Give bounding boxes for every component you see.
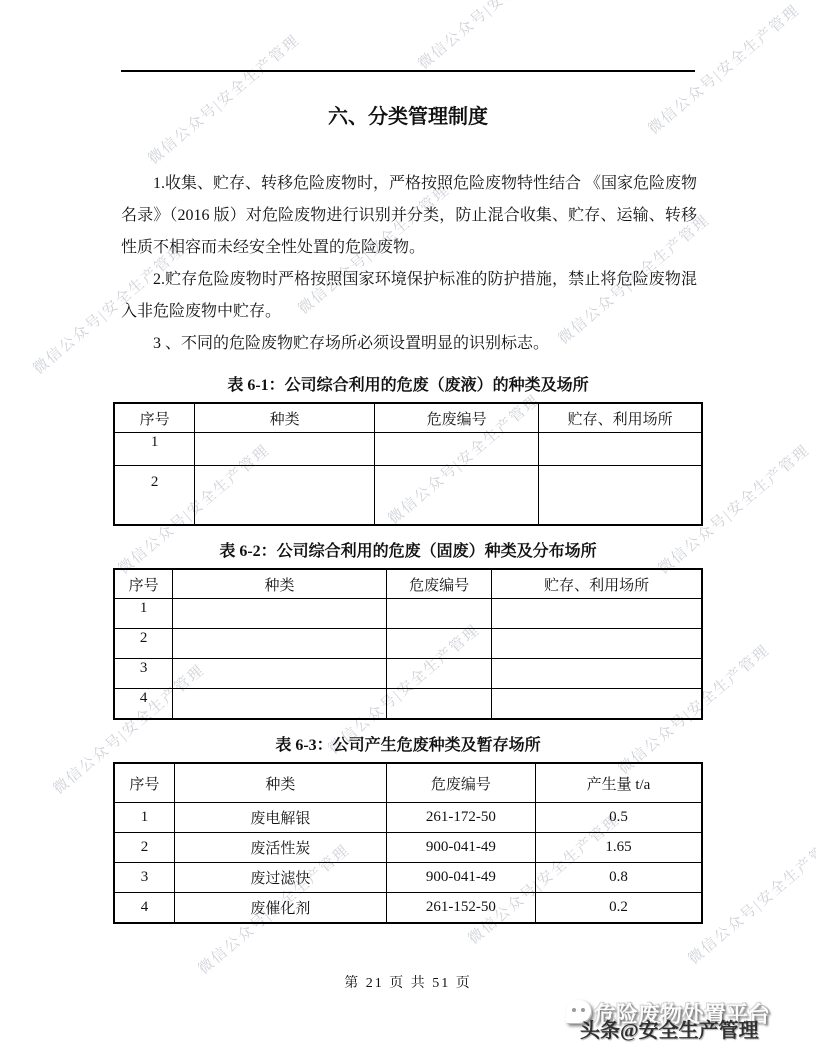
table-cell: [195, 433, 375, 466]
table-cell: [374, 433, 538, 466]
table-cell: [386, 659, 491, 689]
table-header-cell: 种类: [173, 569, 387, 599]
table-cell: [173, 629, 387, 659]
table-header-cell: 危废编号: [374, 403, 538, 433]
table-cell: [492, 659, 702, 689]
table-cell: 3: [114, 863, 174, 893]
table-cell: [492, 599, 702, 629]
table-cell: [492, 689, 702, 720]
table-cell: [386, 629, 491, 659]
table-header-cell: 序号: [114, 403, 195, 433]
table-row: 3: [114, 659, 702, 689]
table-cell: [173, 689, 387, 720]
table-row: 2废活性炭900-041-491.65: [114, 833, 702, 863]
table-6-2-caption: 表 6-2：公司综合利用的危废（固废）种类及分布场所: [113, 538, 703, 561]
table-cell: 2: [114, 466, 195, 526]
watermark-text: 微信公众号|安全生产管理: [413, 0, 574, 74]
table-header-cell: 危废编号: [386, 763, 535, 803]
table-cell: [173, 659, 387, 689]
table-6-1: 表 6-1：公司综合利用的危废（废液）的种类及场所 序号种类危废编号贮存、利用场…: [113, 372, 703, 526]
table-row: 3废过滤快900-041-490.8: [114, 863, 702, 893]
table-cell: 废催化剂: [174, 893, 386, 924]
table-cell: [386, 689, 491, 720]
paragraph-3: 3 、不同的危险废物贮存场所必须设置明显的识别标志。: [113, 328, 703, 360]
table-header-cell: 种类: [174, 763, 386, 803]
table-cell: [539, 466, 702, 526]
table-header-cell: 贮存、利用场所: [539, 403, 702, 433]
table-cell: 0.2: [535, 893, 702, 924]
table-cell: 1.65: [535, 833, 702, 863]
watermark-text: 微信公众号|安全生产管理: [683, 829, 816, 969]
table-cell: 废过滤快: [174, 863, 386, 893]
table-6-1-caption: 表 6-1：公司综合利用的危废（废液）的种类及场所: [113, 372, 703, 395]
table-row: 2: [114, 466, 702, 526]
table-cell: 4: [114, 893, 174, 924]
table-cell: 900-041-49: [386, 833, 535, 863]
table-header-cell: 序号: [114, 569, 173, 599]
table-header-cell: 贮存、利用场所: [492, 569, 702, 599]
table-cell: 261-172-50: [386, 803, 535, 833]
table-cell: [374, 466, 538, 526]
table-cell: 1: [114, 433, 195, 466]
table-cell: [386, 599, 491, 629]
table-cell: 2: [114, 833, 174, 863]
table-cell: 2: [114, 629, 173, 659]
table-cell: 1: [114, 599, 173, 629]
table-header-cell: 产生量 t/a: [535, 763, 702, 803]
table-cell: [539, 433, 702, 466]
table-6-3: 表 6-3：公司产生危废种类及暂存场所 序号种类危废编号产生量 t/a1废电解银…: [113, 732, 703, 924]
table-header-cell: 危废编号: [386, 569, 491, 599]
table-header-cell: 种类: [195, 403, 375, 433]
table-cell: [173, 599, 387, 629]
paragraph-2: 2.贮存危险废物时严格按照国家环境保护标准的防护措施，禁止将危险废物混入非危险废…: [113, 264, 703, 328]
table-cell: 261-152-50: [386, 893, 535, 924]
table-cell: 废电解银: [174, 803, 386, 833]
table-cell: 1: [114, 803, 174, 833]
table-row: 1: [114, 433, 702, 466]
table-row: 4废催化剂261-152-500.2: [114, 893, 702, 924]
brand-watermark: 危险废物处置平台 头条@安全生产管理: [564, 998, 804, 1052]
paragraph-1: 1.收集、贮存、转移危险废物时，严格按照危险废物特性结合 《国家危险废物名录》（…: [113, 168, 703, 264]
table-6-3-caption: 表 6-3：公司产生危废种类及暂存场所: [113, 732, 703, 755]
brand-front-text: 头条@安全生产管理: [580, 1014, 759, 1043]
page-title: 六、分类管理制度: [113, 102, 703, 132]
table-row: 4: [114, 689, 702, 720]
header-rule: [121, 70, 695, 72]
table-cell: 900-041-49: [386, 863, 535, 893]
table-6-2: 表 6-2：公司综合利用的危废（固废）种类及分布场所 序号种类危废编号贮存、利用…: [113, 538, 703, 720]
table-cell: [195, 466, 375, 526]
table-cell: 4: [114, 689, 173, 720]
table-header-cell: 序号: [114, 763, 174, 803]
table-row: 1: [114, 599, 702, 629]
document-page: 微信公众号|安全生产管理微信公众号|安全生产管理微信公众号|安全生产管理微信公众…: [0, 0, 816, 1056]
table-row: 2: [114, 629, 702, 659]
table-cell: [492, 629, 702, 659]
table-cell: 0.8: [535, 863, 702, 893]
table-row: 1废电解银261-172-500.5: [114, 803, 702, 833]
page-number: 第 21 页 共 51 页: [0, 972, 816, 992]
table-cell: 废活性炭: [174, 833, 386, 863]
table-cell: 0.5: [535, 803, 702, 833]
table-cell: 3: [114, 659, 173, 689]
